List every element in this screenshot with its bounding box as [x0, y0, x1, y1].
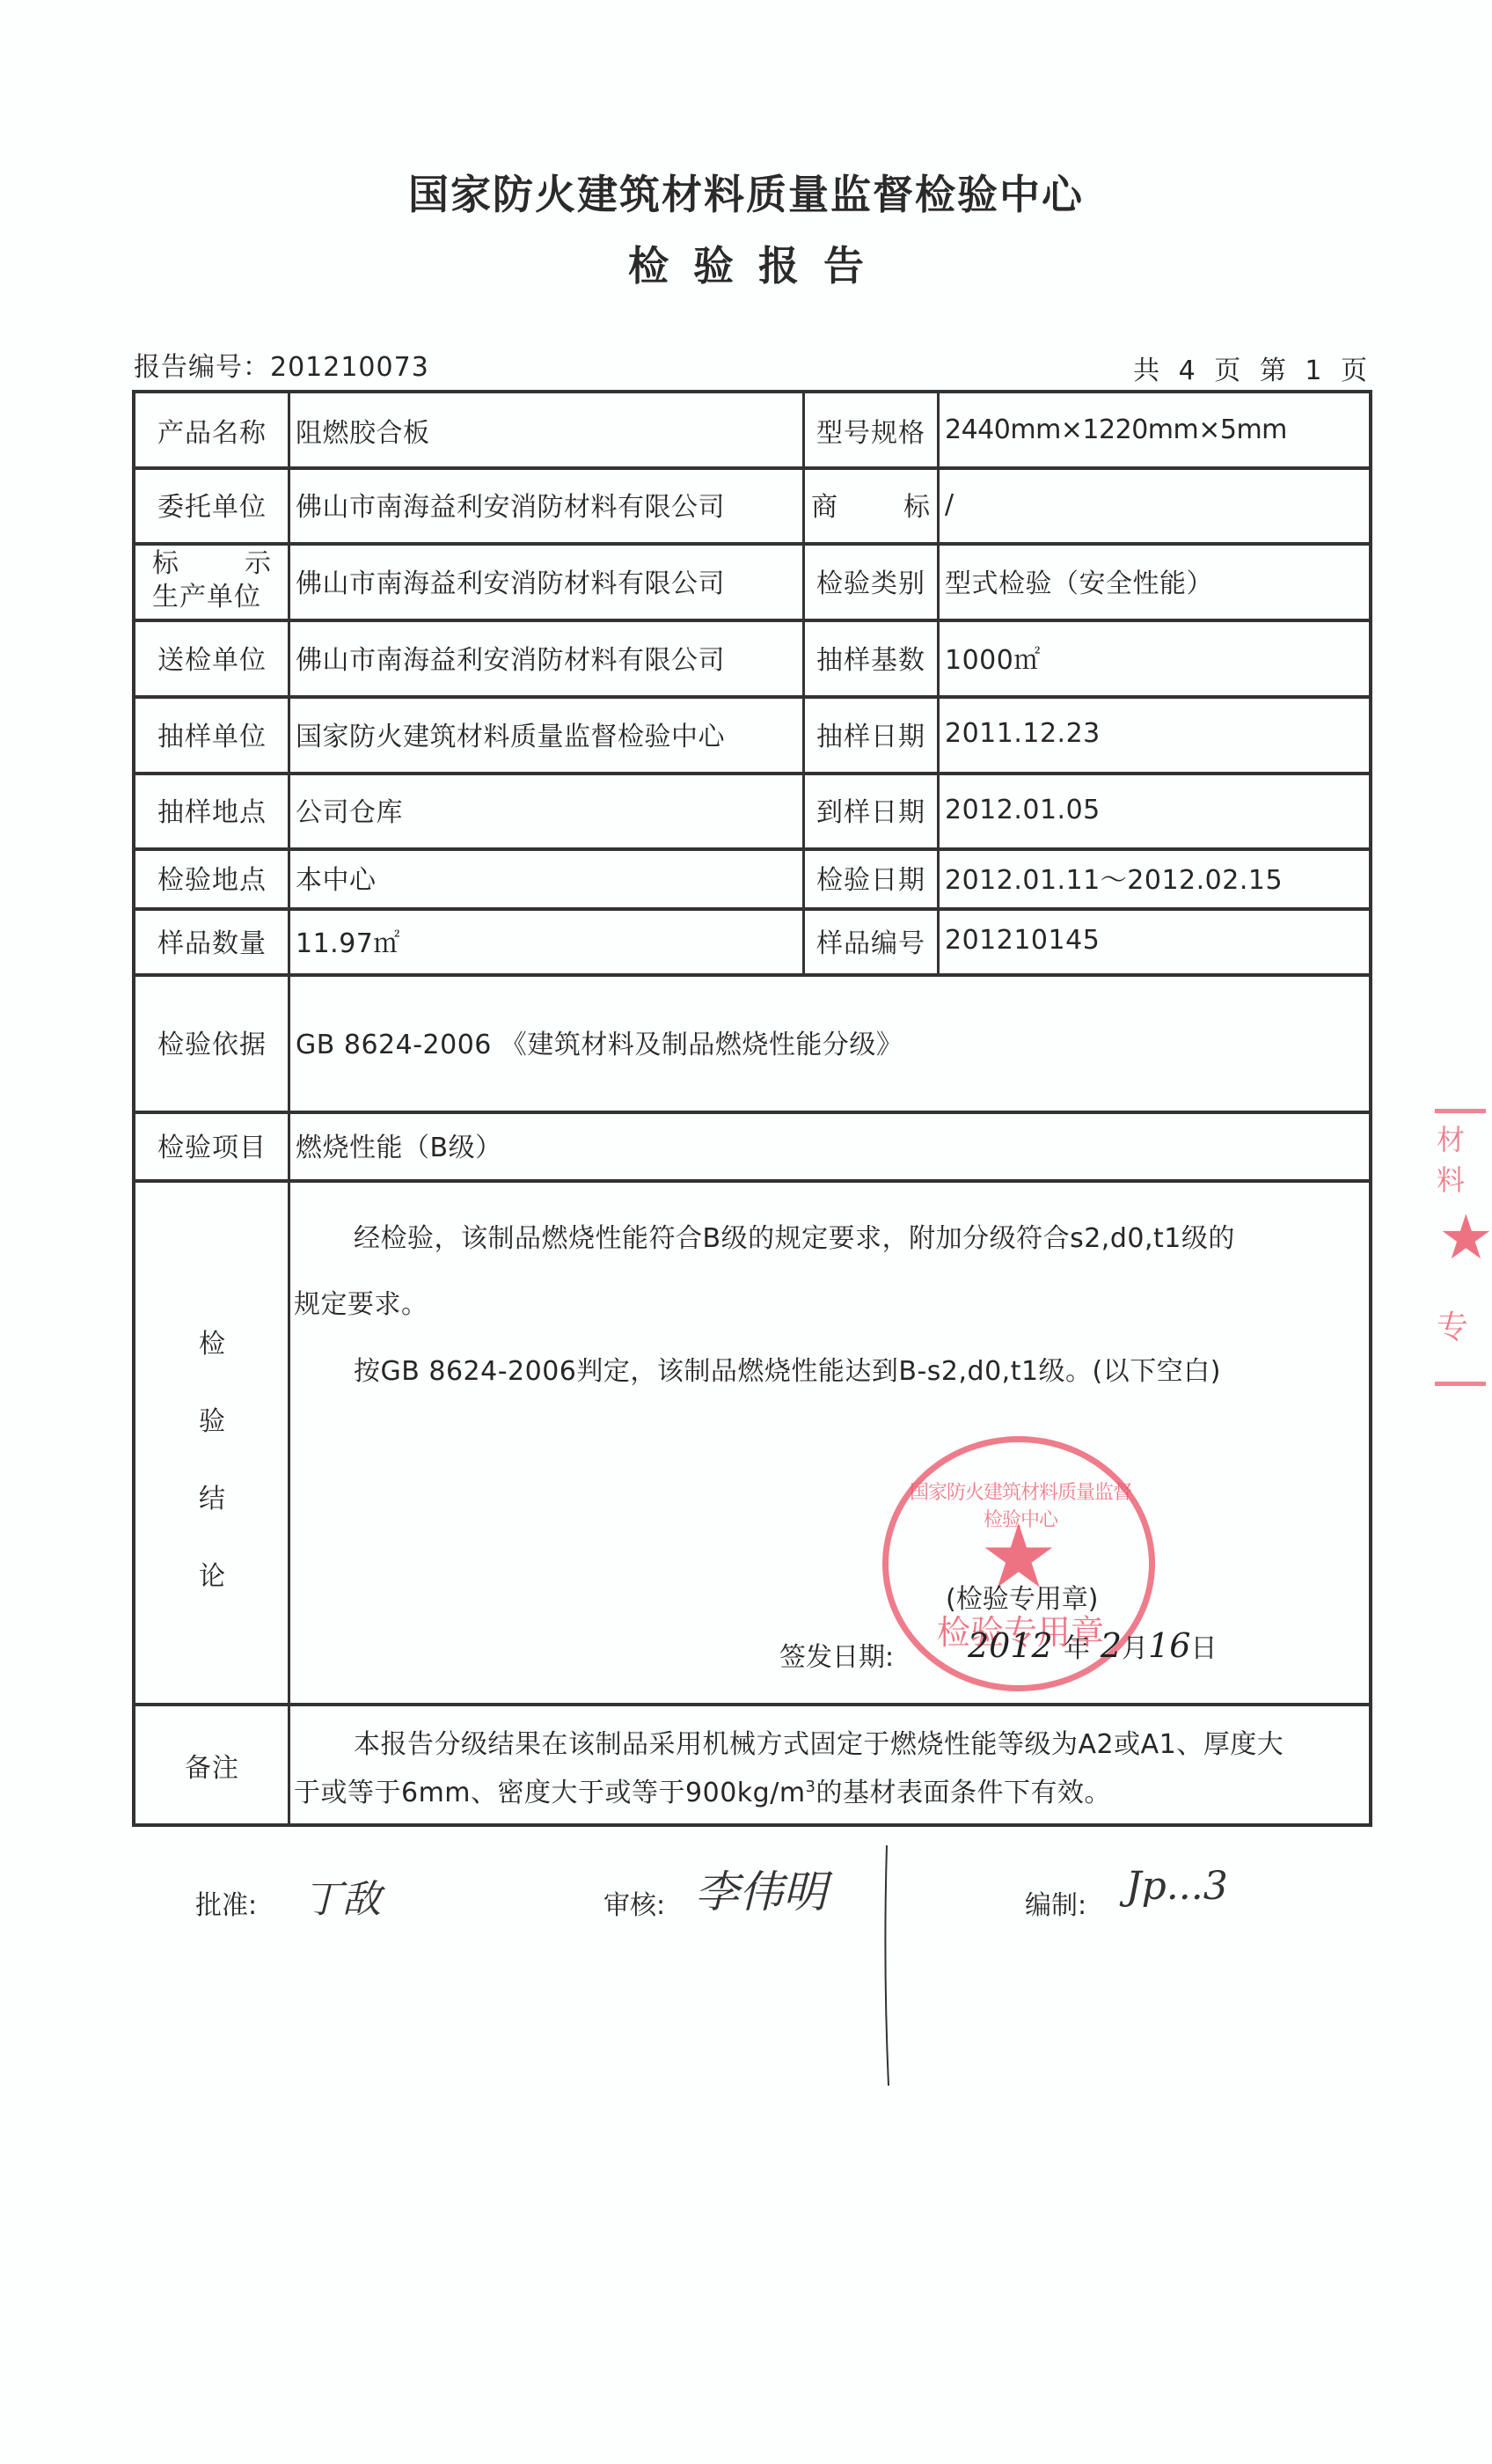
label-model-spec: 型号规格 [805, 393, 937, 466]
issue-date: 2012 年 2月16日 [968, 1626, 1217, 1665]
label-trademark: 商标 [805, 466, 937, 542]
label-product-name: 产品名称 [135, 393, 289, 466]
value-trademark: / [940, 466, 1371, 542]
seal-caption: (检验专用章) [946, 1577, 1098, 1616]
remarks-superscript: 3 [806, 1778, 816, 1796]
month-unit: 月 [1122, 1633, 1148, 1664]
value-submitter: 佛山市南海益利安消防材料有限公司 [290, 619, 801, 695]
label-sampling-base: 抽样基数 [805, 619, 937, 695]
label-sample-qty: 样品数量 [135, 907, 289, 973]
report-number-label: 报告编号： [134, 352, 270, 383]
approve-signature: 丁敌 [304, 1867, 381, 1924]
value-marked-producer: 佛山市南海益利安消防材料有限公司 [290, 542, 801, 619]
year-unit: 年 [1064, 1633, 1090, 1664]
issue-month: 2 [1101, 1626, 1122, 1665]
label-arrival-date: 到样日期 [805, 772, 937, 847]
label-conclusion: 检 验 结 论 [135, 1322, 289, 1593]
value-arrival-date: 2012.01.05 [940, 772, 1371, 847]
value-sample-qty: 11.97㎡ [290, 907, 801, 973]
label-marked-b: 示 [245, 547, 272, 581]
value-sampling-base: 1000㎡ [940, 619, 1371, 695]
issue-day: 16 [1148, 1626, 1190, 1665]
day-unit: 日 [1190, 1633, 1217, 1664]
label-trademark-a: 商 [811, 485, 838, 524]
conclusion-para2: 按GB 8624-2006判定，该制品燃烧性能达到B-s2,d0,t1级。(以下… [354, 1349, 1221, 1388]
value-model-spec: 2440mm×1220mm×5mm [940, 393, 1371, 466]
label-test-category: 检验类别 [805, 542, 937, 619]
compile-signature: Jp...3 [1126, 1864, 1228, 1909]
report-number: 报告编号：201210073 [134, 345, 429, 384]
value-test-basis: GB 8624-2006 《建筑材料及制品燃烧性能分级》 [290, 973, 1364, 1111]
label-sampling-date: 抽样日期 [805, 695, 937, 772]
page-indicator: 共 4 页 第 1 页 [1133, 348, 1372, 387]
label-sample-no: 样品编号 [805, 907, 937, 973]
edge-seal-text-top: 材料 [1437, 1118, 1492, 1199]
label-marked-a: 标 [152, 547, 179, 581]
remarks-line2: 于或等于6mm、密度大于或等于900kg/m3的基材表面条件下有效。 [294, 1771, 1111, 1809]
signature-stroke [880, 1844, 897, 2090]
report-table: 产品名称 阻燃胶合板 型号规格 2440mm×1220mm×5mm 委托单位 佛… [132, 390, 1372, 1827]
remarks-line2-pre: 于或等于6mm、密度大于或等于900kg/m [294, 1778, 806, 1808]
value-sampling-date: 2011.12.23 [940, 695, 1371, 772]
label-test-item: 检验项目 [135, 1111, 289, 1179]
value-test-category: 型式检验（安全性能） [940, 542, 1371, 619]
value-product-name: 阻燃胶合板 [290, 393, 801, 466]
value-sampling-place: 公司仓库 [290, 772, 801, 847]
report-number-value: 201210073 [270, 352, 429, 383]
edge-seal-bar [1435, 1109, 1486, 1113]
row-divider [135, 1703, 1369, 1706]
label-sampling-place: 抽样地点 [135, 772, 289, 847]
edge-seal-bar [1435, 1382, 1486, 1386]
label-trademark-b: 标 [903, 485, 931, 524]
conclusion-char: 论 [199, 1554, 225, 1593]
review-signature: 李伟明 [695, 1857, 827, 1920]
value-sample-no: 201210145 [940, 907, 1371, 973]
value-test-item: 燃烧性能（B级） [290, 1111, 1364, 1179]
conclusion-char: 结 [199, 1477, 225, 1515]
remarks-line2-post: 的基材表面条件下有效。 [816, 1778, 1112, 1808]
label-test-date: 检验日期 [805, 847, 937, 907]
review-label: 审核: [603, 1883, 665, 1922]
document-title: 检验报告 [0, 234, 1492, 292]
conclusion-char: 验 [199, 1399, 225, 1438]
label-remarks: 备注 [135, 1703, 289, 1827]
approve-label: 批准: [195, 1883, 257, 1922]
label-test-basis: 检验依据 [135, 973, 289, 1111]
row-divider [135, 1179, 1369, 1183]
label-submitter: 送检单位 [135, 619, 289, 695]
value-test-place: 本中心 [290, 847, 801, 907]
value-test-date: 2012.01.11～2012.02.15 [940, 847, 1371, 907]
organization-title: 国家防火建筑材料质量监督检验中心 [0, 163, 1492, 221]
conclusion-para1-line1: 经检验，该制品燃烧性能符合B级的规定要求，附加分级符合s2,d0,t1级的 [354, 1216, 1235, 1255]
conclusion-char: 检 [199, 1322, 225, 1360]
value-sampling-unit: 国家防火建筑材料质量监督检验中心 [290, 695, 801, 772]
edge-seal-text-bottom: 专 [1437, 1302, 1468, 1347]
label-marked-c: 生产单位 [152, 581, 272, 614]
compile-label: 编制: [1025, 1883, 1086, 1922]
issue-date-label: 签发日期: [779, 1635, 894, 1674]
conclusion-para1-line2: 规定要求。 [294, 1282, 428, 1321]
value-client: 佛山市南海益利安消防材料有限公司 [290, 466, 801, 542]
issue-year: 2012 [968, 1626, 1053, 1665]
label-test-place: 检验地点 [135, 847, 289, 907]
remarks-line1: 本报告分级结果在该制品采用机械方式固定于燃烧性能等级为A2或A1、厚度大 [354, 1722, 1284, 1761]
label-client: 委托单位 [135, 466, 289, 542]
edge-seal-star-icon: ★ [1438, 1201, 1492, 1273]
label-sampling-unit: 抽样单位 [135, 695, 289, 772]
label-marked-producer: 标示 生产单位 [135, 542, 289, 619]
edge-seal-fragment: 材料 ★ 专 [1430, 1109, 1492, 1390]
